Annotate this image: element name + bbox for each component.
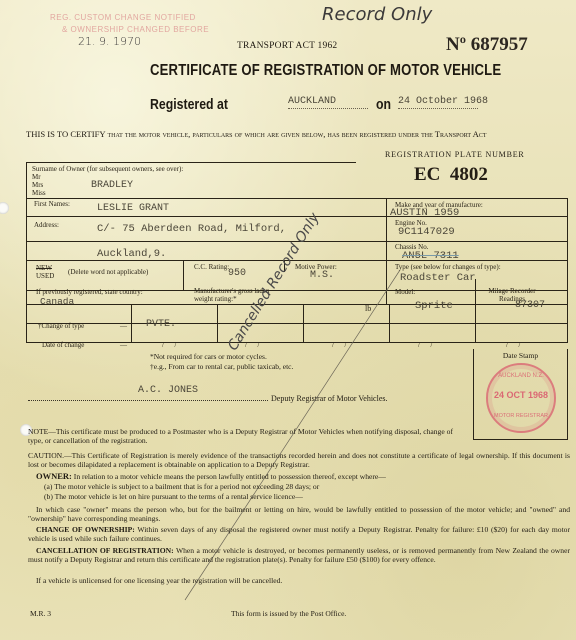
date-change-label: Date of change <box>42 341 84 349</box>
new-label: NEW <box>36 264 52 272</box>
date-change-2: / / <box>245 341 259 349</box>
title-mrs: Mrs <box>32 181 43 189</box>
date-stamp-circle: AUCKLAND N.Z. 24 OCT 1968 MOTOR REGISTRA… <box>486 363 556 433</box>
transport-act: TRANSPORT ACT 1962 <box>237 41 337 51</box>
plate-label: REGISTRATION PLATE NUMBER <box>385 150 525 159</box>
number-prefix: Nº <box>446 34 466 55</box>
registrar-role: Deputy Registrar of Motor Vehicles. <box>271 394 388 403</box>
address-line1: C/- 75 Aberdeen Road, Milford, <box>97 223 286 235</box>
address-line2: Auckland,9. <box>97 248 166 260</box>
change-type-label: †Change of type <box>38 322 84 330</box>
caution-paragraph: CAUTION.—This Certificate of Registratio… <box>28 452 570 469</box>
engine-value: 9C1147029 <box>398 226 455 238</box>
owner-clause-a: (a) The motor vehicle is subject to a ba… <box>44 483 564 492</box>
cc-value: 950 <box>228 268 246 279</box>
first-names-label: First Names: <box>34 200 70 208</box>
date-change-4: / / <box>418 341 432 349</box>
registered-on-value: 24 October 1968 <box>398 96 478 109</box>
title-mr: Mr <box>32 173 41 181</box>
owner-heading: OWNER: <box>36 471 72 481</box>
handwritten-note: Record Only <box>322 4 432 25</box>
footnote-1: *Not required for cars or motor cycles. <box>150 352 267 361</box>
weight-unit: lb <box>365 305 371 313</box>
cancellation-paragraph: CANCELLATION OF REGISTRATION: When a mot… <box>28 547 570 564</box>
stamp-bottom-text: MOTOR REGISTRAR <box>488 413 554 419</box>
owner-paragraph: OWNER: In relation to a motor vehicle me… <box>36 472 566 482</box>
punch-hole-top <box>0 202 9 214</box>
issued-by: This form is issued by the Post Office. <box>231 609 346 618</box>
stamp-top-text: AUCKLAND N.Z. <box>488 373 554 379</box>
motive-power-value: M.S. <box>310 270 334 281</box>
registrar-name: A.C. JONES <box>138 385 198 396</box>
faded-stamp-line2: & OWNERSHIP CHANGED BEFORE <box>62 25 209 34</box>
owner-tail: In which case "owner" means the person w… <box>28 506 570 523</box>
cc-label: C.C. Rating: <box>194 263 229 271</box>
date-change-3: / / <box>332 341 346 349</box>
registered-at-value: AUCKLAND <box>288 96 368 109</box>
on-label: on <box>376 96 391 113</box>
note-paragraph: NOTE—This certificate must be produced t… <box>28 428 453 445</box>
prev-country-value: Canada <box>40 296 74 307</box>
type-label: Type (see below for changes of type): <box>395 263 501 271</box>
address-label: Address: <box>34 221 59 229</box>
first-names-value: LESLIE GRANT <box>97 203 169 214</box>
note-text: —This certificate must be produced to a … <box>28 427 453 445</box>
mileage-value: 87307 <box>515 300 545 311</box>
handwritten-date: 21. 9. 1970 <box>78 35 141 48</box>
model-label: Model: <box>395 288 415 296</box>
prev-country-label: If previously registered, state country: <box>36 288 143 296</box>
model-value: Sprite <box>415 300 453 312</box>
used-label: USED <box>36 272 54 280</box>
surname-value: BRADLEY <box>91 180 133 191</box>
change-type-dash: — <box>120 322 127 330</box>
form-code: M.R. 3 <box>30 609 51 618</box>
date-stamp-label: Date Stamp <box>474 351 567 360</box>
change-ownership-paragraph: CHANGE OF OWNERSHIP: Within seven days o… <box>28 526 570 543</box>
number-value: 687957 <box>471 34 528 55</box>
stamp-date: 24 OCT 1968 <box>488 390 554 400</box>
type-value: Roadster Car <box>400 272 476 284</box>
chassis-value: AN5L 7311 <box>402 250 459 262</box>
change-type-value-1: PVTE. <box>146 319 176 330</box>
date-change-dash: — <box>120 341 127 349</box>
date-stamp-box: Date Stamp AUCKLAND N.Z. 24 OCT 1968 MOT… <box>473 349 568 440</box>
delete-note: (Delete word not applicable) <box>68 268 148 276</box>
certificate-number: Nº 687957 <box>446 34 528 56</box>
page-title: CERTIFICATE OF REGISTRATION OF MOTOR VEH… <box>150 62 501 80</box>
title-miss: Miss <box>32 189 46 197</box>
intro-text: THIS IS TO CERTIFY that the motor vehicl… <box>26 129 572 139</box>
make-value: AUSTIN 1959 <box>390 207 459 219</box>
owner-clause-b: (b) The motor vehicle is let on hire pur… <box>44 493 564 502</box>
registered-at-label: Registered at <box>150 96 228 113</box>
signature-line <box>28 400 268 401</box>
unlicensed-paragraph: If a vehicle is unlicensed for one licen… <box>36 577 566 586</box>
surname-label: Surname of Owner (for subsequent owners,… <box>32 165 183 173</box>
date-change-5: / / <box>506 341 520 349</box>
date-change-1: / / <box>162 341 176 349</box>
owner-text: In relation to a motor vehicle means the… <box>74 472 386 481</box>
faded-stamp-line1: REG. CUSTOM CHANGE NOTIFIED <box>50 13 196 22</box>
footnote-2: †e.g., From car to rental car, public ta… <box>150 362 293 371</box>
